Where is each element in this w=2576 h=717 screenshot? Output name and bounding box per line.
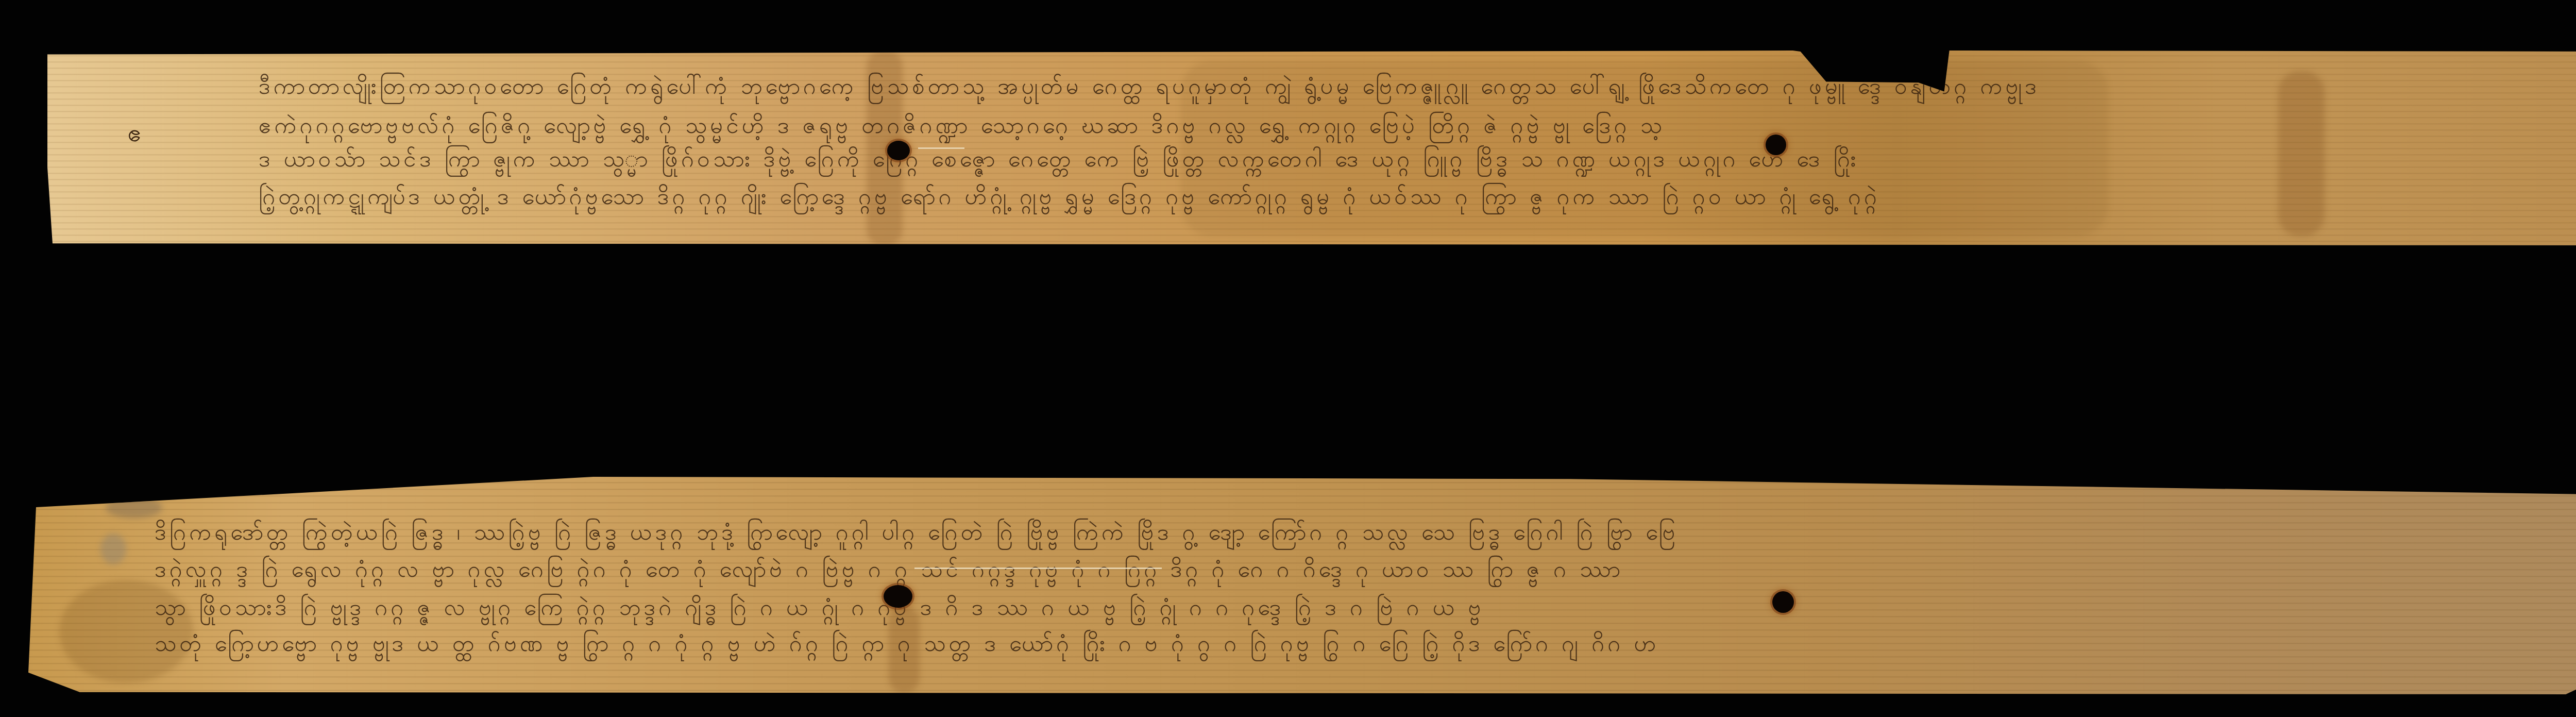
palm-leaf-bottom: ဒိဂြကရုဒော်တ္တ ကြွဲတဲ့ယဂြဲ ဇြဒ္ဓ ၊ ဿဂြဲ့… bbox=[28, 477, 2576, 694]
manuscript-line-4: သတုံ ဂြော့ဟဗ္ဗော ဂုဗ္ဗ ဗ္ဗုဒ ယ တ္ထ ဂ်ဗဏ … bbox=[155, 629, 1659, 662]
binding-hole-right bbox=[1772, 591, 1794, 613]
stain bbox=[100, 533, 126, 564]
manuscript-line-3: ဒ ယာဝသ်ာ သင်ဒ ကြွာ ဇ္ဗုက ဿာ သွ္မာ ဖြိုဂ်… bbox=[259, 145, 1859, 178]
manuscript-line-2: ဒဂ္ဂဲလှူဂ္ဂ ဒ္ဒ ဂြဲ ရွေလ ဂုံဂ္ဂ လ ဗ္ဗာ ဂ… bbox=[155, 555, 1623, 588]
scratch bbox=[914, 568, 1162, 569]
leaf-page-marker: ဧ bbox=[127, 118, 141, 154]
manuscript-line-3: သွာ ဖြိုဝသားဒိ ဂြဲ ဗ္ဗုဒ္ဒ ဂဂ္ဂ ဇ္ဇ လ ဗ္… bbox=[155, 593, 1484, 626]
manuscript-line-1: ဒီကာတာလျိုးတြကသာဂုဝတော ဂြေတုံ ကရွဲပေါ်ကု… bbox=[259, 72, 2040, 105]
palm-leaf-top: ဧ ဒီကာတာလျိုးတြကသာဂုဝတော ဂြေတုံ ကရွဲပေါ်… bbox=[47, 51, 2576, 245]
manuscript-line-1: ဒိဂြကရုဒော်တ္တ ကြွဲတဲ့ယဂြဲ ဇြဒ္ဓ ၊ ဿဂြဲ့… bbox=[155, 518, 1679, 551]
binding-hole-right bbox=[1766, 135, 1786, 155]
binding-hole-left bbox=[884, 585, 912, 608]
binding-hole-left bbox=[887, 141, 910, 160]
stain bbox=[2278, 71, 2325, 236]
scratch bbox=[918, 147, 964, 149]
stain bbox=[106, 497, 162, 518]
manuscript-line-4: ဂြဲ့တွ့ဂ္ဂုကဋ္ဋုကျပ်ဒ ယတ္တုံ့ ဒ ယော်ဂုံဗ… bbox=[259, 182, 1880, 215]
manuscript-line-2: ဧကဲဂုဂဂ္ဂဗောဗ္ဗဗလ်ဂုံ ဂြေဇိဂု့ လျော့ဗ္ဗဲ… bbox=[259, 111, 1665, 144]
